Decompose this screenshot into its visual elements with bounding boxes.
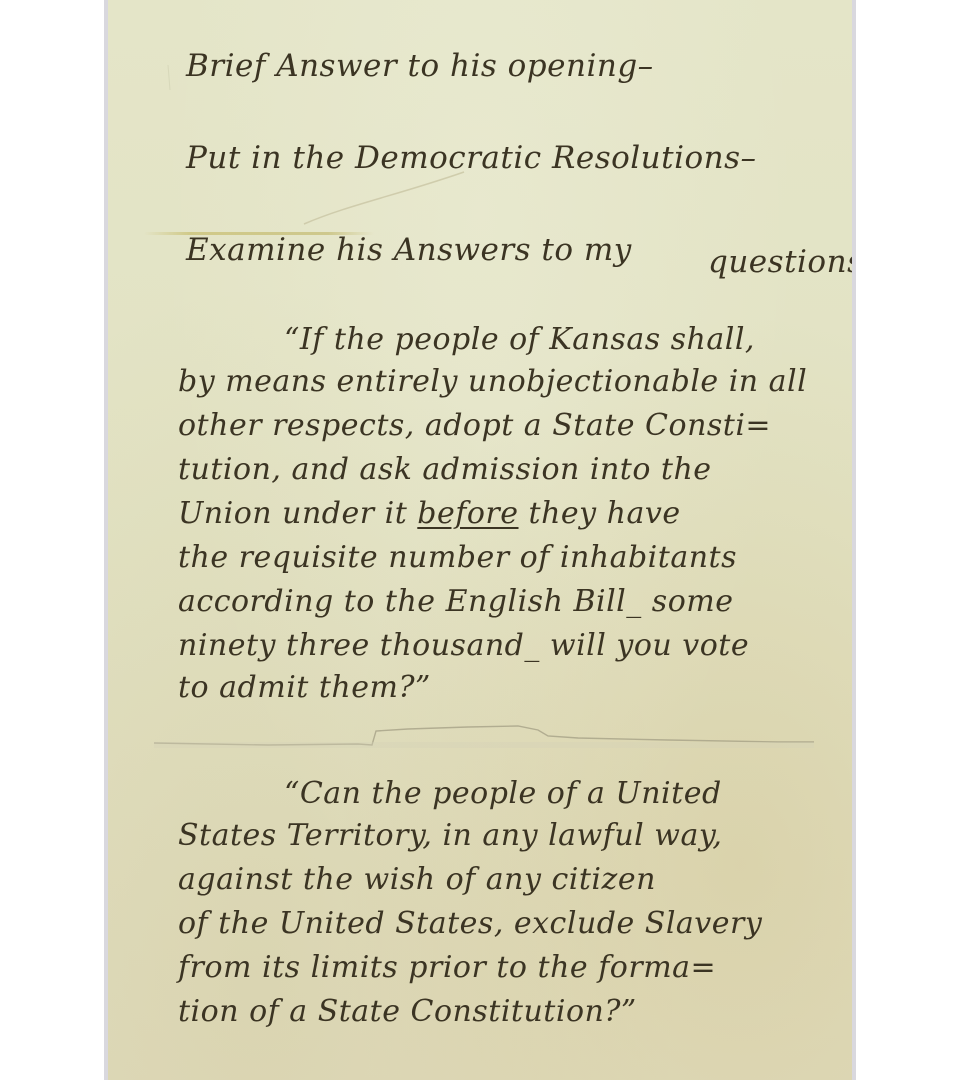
quote1-line: ninety three thousand_ will you vote	[178, 628, 749, 663]
quote1-underlined-word: before	[417, 496, 518, 531]
quote1-line: “If the people of Kansas shall,	[284, 322, 755, 357]
heading-line-1: Brief Answer to his opening–	[186, 48, 654, 84]
page-frame: Brief Answer to his opening– Put in the …	[104, 0, 856, 1080]
quote2-line: from its limits prior to the forma=	[178, 950, 716, 985]
heading-line-3: Examine his Answers to my	[186, 232, 632, 268]
quote2-line: against the wish of any citizen	[178, 862, 656, 897]
quote1-line: by means entirely unobjectionable in all	[178, 364, 807, 399]
manuscript-page: Brief Answer to his opening– Put in the …	[108, 0, 852, 1080]
quote2-line: “Can the people of a United	[284, 776, 722, 811]
quote1-text: Union under it	[178, 496, 417, 531]
quote2-line: States Territory, in any lawful way,	[178, 818, 722, 853]
quote1-line: to admit them?”	[178, 670, 431, 705]
quote1-line: other respects, adopt a State Consti=	[178, 408, 771, 443]
heading-line-3-cont: questions	[708, 244, 852, 280]
quote2-line: of the United States, exclude Slavery	[178, 906, 762, 941]
quote1-line: according to the English Bill_ some	[178, 584, 733, 619]
quote1-line: the requisite number of inhabitants	[178, 540, 737, 575]
heading-line-2: Put in the Democratic Resolutions–	[186, 140, 757, 176]
quote1-line: Union under it before they have	[178, 496, 681, 531]
document-viewer: Brief Answer to his opening– Put in the …	[0, 0, 960, 1080]
quote1-text: they have	[519, 496, 681, 531]
quote2-line: tion of a State Constitution?”	[178, 994, 637, 1029]
quote1-line: tution, and ask admission into the	[178, 452, 712, 487]
